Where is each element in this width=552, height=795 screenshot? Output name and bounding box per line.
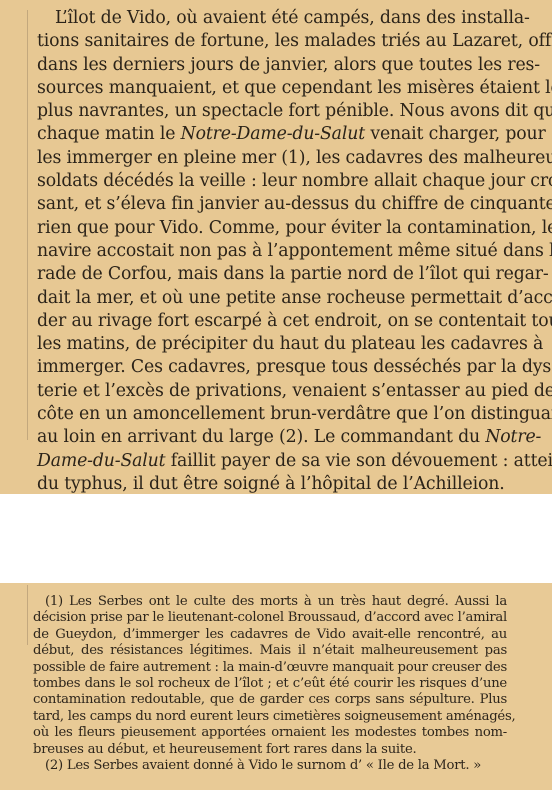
- footnote-1-line: où les fleurs pieusement apportées ornai…: [33, 725, 507, 741]
- text-segment: au loin en arrivant du large (2). Le com…: [37, 427, 485, 447]
- text-line: du typhus, il dut être soigné à l’hôpita…: [37, 473, 511, 496]
- text-line: dans les derniers jours de janvier, alor…: [37, 54, 511, 77]
- text-line: L’îlot de Vido, où avaient été campés, d…: [37, 7, 511, 30]
- margin-fold-line: [27, 10, 28, 440]
- footnote-1-line: (1) Les Serbes ont le culte des morts à …: [33, 594, 507, 610]
- footnote-1-line: tard, les camps du nord eurent leurs cim…: [33, 709, 507, 725]
- text-line: rade de Corfou, mais dans la partie nord…: [37, 263, 511, 286]
- text-line: immerger. Ces cadavres, presque tous des…: [37, 356, 511, 379]
- footnote-1-line: de Gueydon, d’immerger les cadavres de V…: [33, 627, 507, 643]
- text-line: Dame-du-Salut faillit payer de sa vie so…: [37, 450, 511, 473]
- text-line: les matins, de précipiter du haut du pla…: [37, 333, 511, 356]
- text-line: terie et l’excès de privations, venaient…: [37, 380, 511, 403]
- text-line: sources manquaient, et que cependant les…: [37, 77, 511, 100]
- footnote-1-line: tombes dans le sol rocheux de l’îlot ; e…: [33, 676, 507, 692]
- margin-fold-line: [27, 585, 28, 645]
- text-line: sant, et s’éleva fin janvier au-dessus d…: [37, 193, 511, 216]
- text-segment: venait charger, pour: [365, 124, 546, 144]
- text-line: chaque matin le Notre-Dame-du-Salut vena…: [37, 123, 511, 146]
- ship-name-italic: Dame-du-Salut: [37, 451, 165, 471]
- text-line: côte en un amoncellement brun-verdâtre q…: [37, 403, 511, 426]
- footnote-1-line: début, des résistances légitimes. Mais i…: [33, 643, 507, 659]
- footnotes-scan: (1) Les Serbes ont le culte des morts à …: [0, 583, 552, 790]
- text-line: les immerger en pleine mer (1), les cada…: [37, 147, 511, 170]
- ship-name-italic: Notre-: [485, 427, 541, 447]
- text-segment: chaque matin le: [37, 124, 181, 144]
- text-line: au loin en arrivant du large (2). Le com…: [37, 426, 511, 449]
- footnote-1-line: contamination redoutable, que de garder …: [33, 692, 507, 708]
- text-line: dait la mer, et où une petite anse roche…: [37, 287, 511, 310]
- text-line: der au rivage fort escarpé à cet endroit…: [37, 310, 511, 333]
- text-line: soldats décédés la veille : leur nombre …: [37, 170, 511, 193]
- ship-name-italic: Notre-Dame-du-Salut: [181, 124, 365, 144]
- text-line: navire accostait non pas à l’appontement…: [37, 240, 511, 263]
- text-line: rien que pour Vido. Comme, pour éviter l…: [37, 217, 511, 240]
- text-segment: faillit payer de sa vie son dévouement :…: [165, 451, 552, 471]
- footnote-1-line: breuses au début, et heureusement fort r…: [33, 742, 507, 758]
- main-paragraph: L’îlot de Vido, où avaient été campés, d…: [37, 7, 511, 496]
- footnotes: (1) Les Serbes ont le culte des morts à …: [33, 594, 507, 774]
- main-text-scan: L’îlot de Vido, où avaient été campés, d…: [0, 0, 552, 494]
- footnote-1-line: décision prise par le lieutenant-colonel…: [33, 610, 507, 626]
- text-line: tions sanitaires de fortune, les malades…: [37, 30, 511, 53]
- footnote-2-line: (2) Les Serbes avaient donné à Vido le s…: [33, 758, 507, 774]
- footnote-1-line: possible de faire autrement : la main-d’…: [33, 660, 507, 676]
- text-line: plus navrantes, un spectacle fort pénibl…: [37, 100, 511, 123]
